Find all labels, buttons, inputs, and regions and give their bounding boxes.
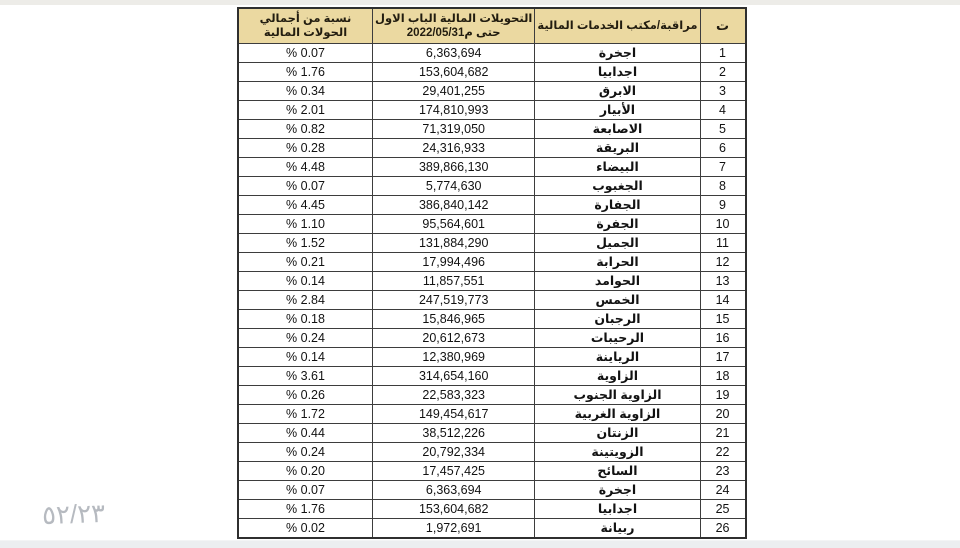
- office-name: الاصابعة: [535, 120, 700, 139]
- transfer-amount: 174,810,993: [373, 101, 535, 120]
- transfer-amount: 11,857,551: [373, 272, 535, 291]
- row-index: 5: [700, 120, 746, 139]
- table-row: 14 الخمس 247,519,773 % 2.84: [238, 291, 746, 310]
- header-percent-line1: نسبة من أجمالي: [241, 12, 370, 26]
- row-index: 1: [700, 44, 746, 63]
- office-name: الحرابة: [535, 253, 700, 272]
- row-index: 6: [700, 139, 746, 158]
- percent-of-total: % 1.76: [238, 63, 373, 82]
- table-body: 1 اجخرة 6,363,694 % 0.07 2 اجدابيا 153,6…: [238, 44, 746, 539]
- percent-of-total: % 0.18: [238, 310, 373, 329]
- row-index: 25: [700, 500, 746, 519]
- office-name: البريقة: [535, 139, 700, 158]
- transfer-amount: 314,654,160: [373, 367, 535, 386]
- office-name: الحوامد: [535, 272, 700, 291]
- office-name: الرحيبات: [535, 329, 700, 348]
- table-row: 16 الرحيبات 20,612,673 % 0.24: [238, 329, 746, 348]
- percent-of-total: % 0.24: [238, 443, 373, 462]
- table-row: 10 الجفرة 95,564,601 % 1.10: [238, 215, 746, 234]
- table-row: 20 الزاوية الغربية 149,454,617 % 1.72: [238, 405, 746, 424]
- table-row: 25 اجدابيا 153,604,682 % 1.76: [238, 500, 746, 519]
- office-name: اجخرة: [535, 44, 700, 63]
- row-index: 20: [700, 405, 746, 424]
- percent-of-total: % 0.02: [238, 519, 373, 539]
- transfer-amount: 95,564,601: [373, 215, 535, 234]
- row-index: 22: [700, 443, 746, 462]
- office-name: الجميل: [535, 234, 700, 253]
- row-index: 7: [700, 158, 746, 177]
- percent-of-total: % 0.07: [238, 481, 373, 500]
- transfer-amount: 153,604,682: [373, 500, 535, 519]
- transfer-amount: 17,994,496: [373, 253, 535, 272]
- transfer-amount: 12,380,969: [373, 348, 535, 367]
- percent-of-total: % 3.61: [238, 367, 373, 386]
- table-row: 24 اجخرة 6,363,694 % 0.07: [238, 481, 746, 500]
- transfer-amount: 22,583,323: [373, 386, 535, 405]
- row-index: 13: [700, 272, 746, 291]
- table-row: 8 الجغبوب 5,774,630 % 0.07: [238, 177, 746, 196]
- table-row: 15 الرجبان 15,846,965 % 0.18: [238, 310, 746, 329]
- office-name: اجدابيا: [535, 63, 700, 82]
- office-name: الأبيار: [535, 101, 700, 120]
- table-row: 7 البيضاء 389,866,130 % 4.48: [238, 158, 746, 177]
- office-name: السائح: [535, 462, 700, 481]
- office-name: الجفارة: [535, 196, 700, 215]
- row-index: 2: [700, 63, 746, 82]
- header-transfers: التحويلات المالية الباب الاول حتى م2022/…: [373, 8, 535, 44]
- percent-of-total: % 0.07: [238, 44, 373, 63]
- table-row: 21 الزنتان 38,512,226 % 0.44: [238, 424, 746, 443]
- table-row: 5 الاصابعة 71,319,050 % 0.82: [238, 120, 746, 139]
- transfer-amount: 17,457,425: [373, 462, 535, 481]
- row-index: 17: [700, 348, 746, 367]
- percent-of-total: % 1.72: [238, 405, 373, 424]
- transfer-amount: 5,774,630: [373, 177, 535, 196]
- table-header: ت مراقبة/مكتب الخدمات المالية التحويلات …: [238, 8, 746, 44]
- percent-of-total: % 0.34: [238, 82, 373, 101]
- transfer-amount: 153,604,682: [373, 63, 535, 82]
- table-row: 19 الزاوية الجنوب 22,583,323 % 0.26: [238, 386, 746, 405]
- row-index: 11: [700, 234, 746, 253]
- header-index: ت: [700, 8, 746, 44]
- percent-of-total: % 0.28: [238, 139, 373, 158]
- table-row: 18 الزاوية 314,654,160 % 3.61: [238, 367, 746, 386]
- transfer-amount: 386,840,142: [373, 196, 535, 215]
- transfer-amount: 38,512,226: [373, 424, 535, 443]
- percent-of-total: % 1.10: [238, 215, 373, 234]
- row-index: 15: [700, 310, 746, 329]
- handwritten-page-number: ٥٢/٢٣: [41, 498, 105, 531]
- table-row: 3 الابرق 29,401,255 % 0.34: [238, 82, 746, 101]
- row-index: 10: [700, 215, 746, 234]
- table-row: 17 الرياينة 12,380,969 % 0.14: [238, 348, 746, 367]
- row-index: 16: [700, 329, 746, 348]
- transfer-amount: 24,316,933: [373, 139, 535, 158]
- percent-of-total: % 0.26: [238, 386, 373, 405]
- table-row: 1 اجخرة 6,363,694 % 0.07: [238, 44, 746, 63]
- office-name: الزويتينة: [535, 443, 700, 462]
- percent-of-total: % 0.07: [238, 177, 373, 196]
- header-transfers-line1: التحويلات المالية الباب الاول: [375, 12, 532, 26]
- transfer-amount: 29,401,255: [373, 82, 535, 101]
- percent-of-total: % 0.82: [238, 120, 373, 139]
- office-name: الجغبوب: [535, 177, 700, 196]
- office-name: البيضاء: [535, 158, 700, 177]
- row-index: 26: [700, 519, 746, 539]
- office-name: الزنتان: [535, 424, 700, 443]
- office-name: الرجبان: [535, 310, 700, 329]
- office-name: الزاوية الجنوب: [535, 386, 700, 405]
- table-row: 12 الحرابة 17,994,496 % 0.21: [238, 253, 746, 272]
- table-row: 11 الجميل 131,884,290 % 1.52: [238, 234, 746, 253]
- row-index: 4: [700, 101, 746, 120]
- table-row: 22 الزويتينة 20,792,334 % 0.24: [238, 443, 746, 462]
- photo-edge-top: [0, 0, 960, 5]
- office-name: الزاوية الغربية: [535, 405, 700, 424]
- transfer-amount: 1,972,691: [373, 519, 535, 539]
- percent-of-total: % 0.14: [238, 272, 373, 291]
- percent-of-total: % 0.44: [238, 424, 373, 443]
- row-index: 19: [700, 386, 746, 405]
- transfer-amount: 15,846,965: [373, 310, 535, 329]
- transfer-amount: 6,363,694: [373, 481, 535, 500]
- office-name: ربيانة: [535, 519, 700, 539]
- office-name: الخمس: [535, 291, 700, 310]
- transfer-amount: 20,792,334: [373, 443, 535, 462]
- header-office: مراقبة/مكتب الخدمات المالية: [535, 8, 700, 44]
- header-percent-line2: الحولات المالية: [241, 26, 370, 40]
- table-row: 4 الأبيار 174,810,993 % 2.01: [238, 101, 746, 120]
- transfer-amount: 389,866,130: [373, 158, 535, 177]
- office-name: الزاوية: [535, 367, 700, 386]
- row-index: 23: [700, 462, 746, 481]
- percent-of-total: % 2.84: [238, 291, 373, 310]
- office-name: الابرق: [535, 82, 700, 101]
- table-row: 9 الجفارة 386,840,142 % 4.45: [238, 196, 746, 215]
- office-name: اجخرة: [535, 481, 700, 500]
- percent-of-total: % 0.21: [238, 253, 373, 272]
- financial-transfers-table: ت مراقبة/مكتب الخدمات المالية التحويلات …: [237, 7, 747, 539]
- percent-of-total: % 4.48: [238, 158, 373, 177]
- percent-of-total: % 0.20: [238, 462, 373, 481]
- office-name: اجدابيا: [535, 500, 700, 519]
- percent-of-total: % 4.45: [238, 196, 373, 215]
- row-index: 12: [700, 253, 746, 272]
- table-header-row: ت مراقبة/مكتب الخدمات المالية التحويلات …: [238, 8, 746, 44]
- office-name: الرياينة: [535, 348, 700, 367]
- row-index: 21: [700, 424, 746, 443]
- percent-of-total: % 1.52: [238, 234, 373, 253]
- table-row: 26 ربيانة 1,972,691 % 0.02: [238, 519, 746, 539]
- percent-of-total: % 0.24: [238, 329, 373, 348]
- transfer-amount: 149,454,617: [373, 405, 535, 424]
- row-index: 24: [700, 481, 746, 500]
- office-name: الجفرة: [535, 215, 700, 234]
- row-index: 18: [700, 367, 746, 386]
- table-row: 23 السائح 17,457,425 % 0.20: [238, 462, 746, 481]
- percent-of-total: % 1.76: [238, 500, 373, 519]
- percent-of-total: % 0.14: [238, 348, 373, 367]
- transfer-amount: 20,612,673: [373, 329, 535, 348]
- row-index: 3: [700, 82, 746, 101]
- row-index: 8: [700, 177, 746, 196]
- table-row: 2 اجدابيا 153,604,682 % 1.76: [238, 63, 746, 82]
- transfer-amount: 247,519,773: [373, 291, 535, 310]
- transfer-amount: 6,363,694: [373, 44, 535, 63]
- row-index: 14: [700, 291, 746, 310]
- transfer-amount: 131,884,290: [373, 234, 535, 253]
- table-row: 6 البريقة 24,316,933 % 0.28: [238, 139, 746, 158]
- table-row: 13 الحوامد 11,857,551 % 0.14: [238, 272, 746, 291]
- percent-of-total: % 2.01: [238, 101, 373, 120]
- header-transfers-line2: حتى م2022/05/31: [375, 26, 532, 40]
- transfer-amount: 71,319,050: [373, 120, 535, 139]
- photo-edge-bottom: [0, 540, 960, 548]
- header-percent: نسبة من أجمالي الحولات المالية: [238, 8, 373, 44]
- row-index: 9: [700, 196, 746, 215]
